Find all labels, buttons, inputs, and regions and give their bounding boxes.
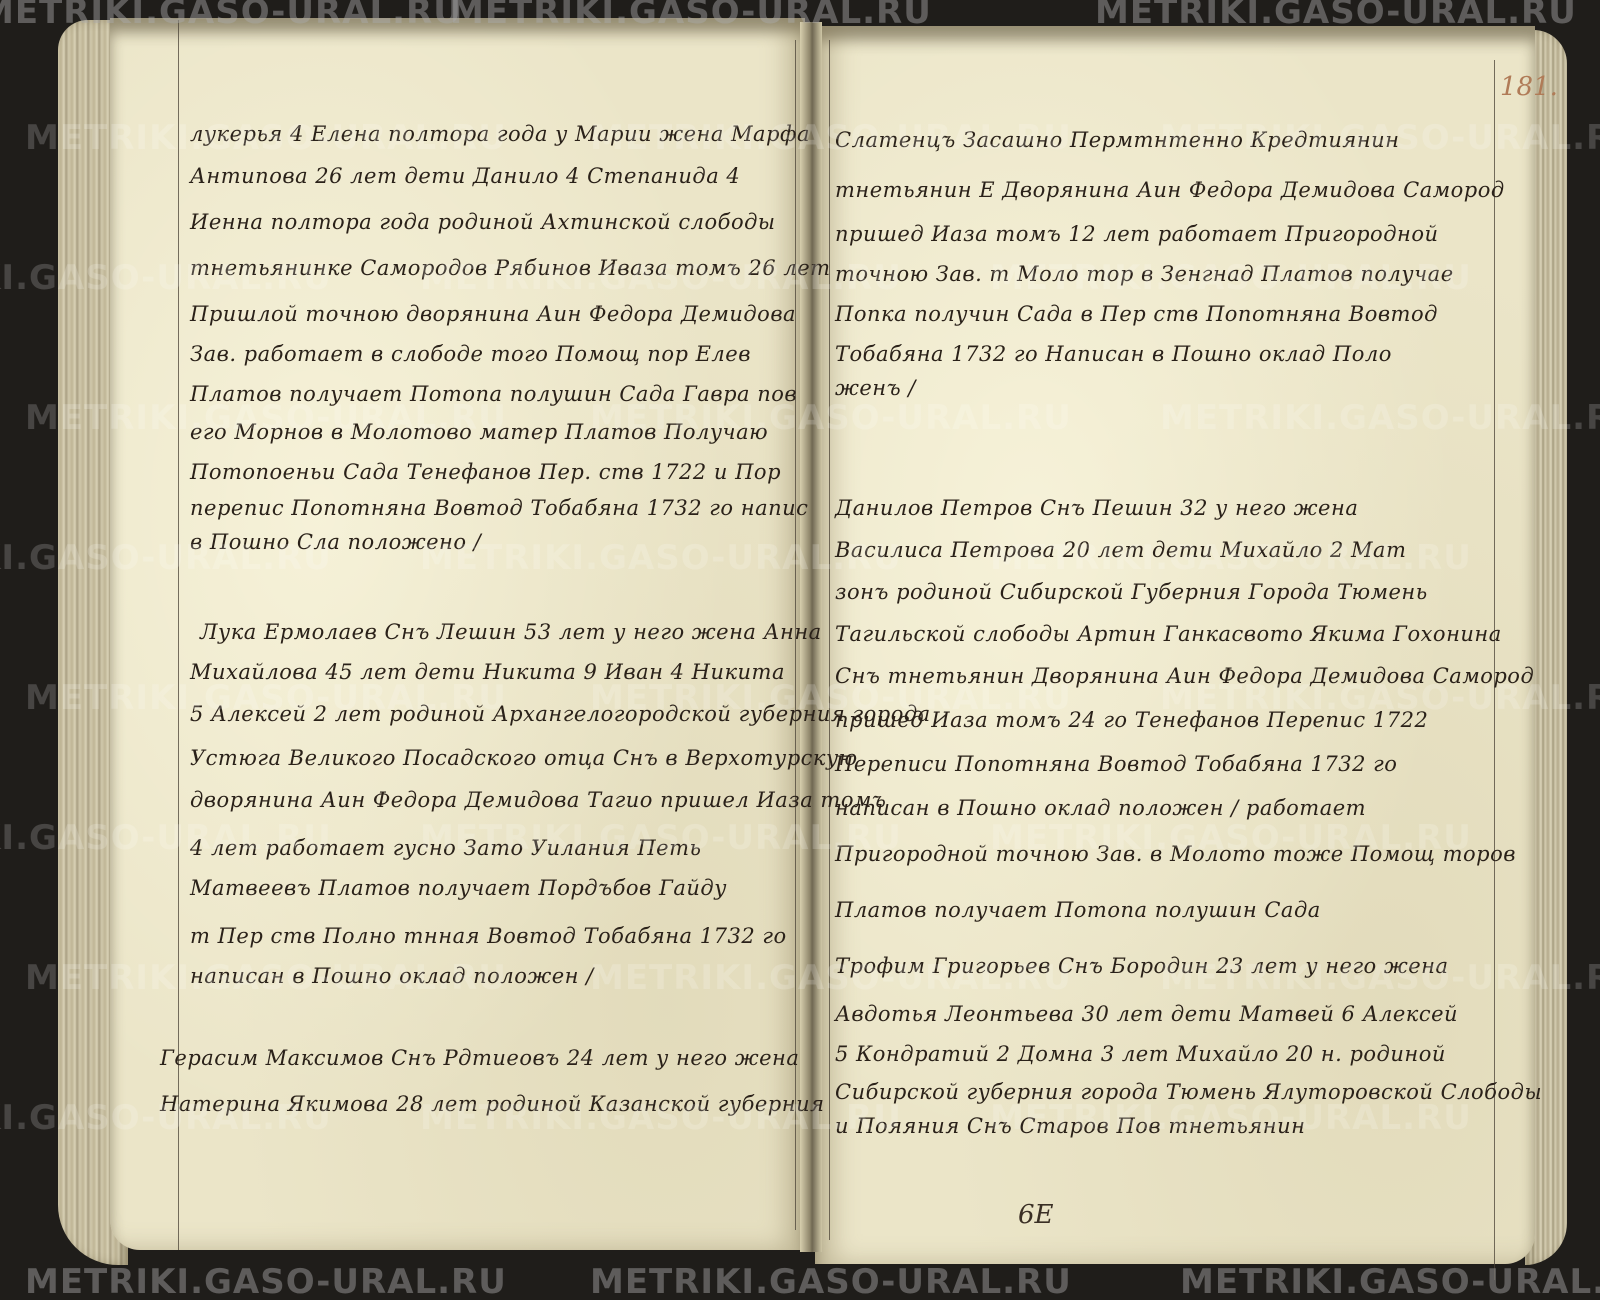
manuscript-line: Платов получает Потопа полушин Сада Гавр… (190, 382, 797, 406)
manuscript-line: его Морнов в Молотово матер Платов Получ… (190, 420, 768, 444)
manuscript-line: в Пошно Сла положено / (190, 530, 481, 554)
manuscript-line: Платов получает Потопа полушин Сада (835, 898, 1321, 922)
manuscript-line: Михайлова 45 лет дети Никита 9 Иван 4 Ни… (190, 660, 785, 684)
manuscript-line: 5 Алексей 2 лет родиной Архангелогородск… (190, 702, 931, 726)
manuscript-line: 5 Кондратий 2 Домна 3 лет Михайло 20 н. … (835, 1042, 1446, 1066)
left-page-text: лукерья 4 Елена полтора года у Марии жен… (190, 0, 800, 1300)
manuscript-line: дворянина Аин Федора Демидова Тагио приш… (190, 788, 886, 812)
manuscript-line: Трофим Григорьев Снъ Бородин 23 лет у не… (835, 954, 1449, 978)
manuscript-line: зонъ родиной Сибирской Губерния Города Т… (835, 580, 1428, 604)
manuscript-line: 4 лет работает гусно Зато Уилания Петь (190, 836, 701, 860)
scanned-book-image: лукерья 4 Елена полтора года у Марии жен… (0, 0, 1600, 1300)
manuscript-line: Слатенцъ Засашно Пермтнтенно Кредтиянин (835, 128, 1400, 152)
manuscript-line: женъ / (835, 376, 916, 400)
manuscript-line: Авдотья Леонтьева 30 лет дети Матвей 6 А… (835, 1002, 1458, 1026)
manuscript-line: тнетьянин Е Дворянина Аин Федора Демидов… (835, 178, 1505, 202)
right-page-text: Слатенцъ Засашно Пермтнтенно Кредтиянин … (835, 0, 1485, 1300)
manuscript-line: Потопоеньи Сада Тенефанов Пер. ств 1722 … (190, 460, 781, 484)
manuscript-line: Василиса Петрова 20 лет дети Михайло 2 М… (835, 538, 1406, 562)
manuscript-line: перепис Попотняна Вовтод Тобабяна 1732 г… (190, 496, 808, 520)
manuscript-line: Лука Ермолаев Снъ Лешин 53 лет у него же… (200, 620, 822, 644)
manuscript-line: Снъ тнетьянин Дворянина Аин Федора Демид… (835, 664, 1534, 688)
manuscript-line: Иенна полтора года родиной Ахтинской сло… (190, 210, 776, 234)
manuscript-line: пришед Иаза томъ 12 лет работает Пригоро… (835, 222, 1439, 246)
manuscript-line: Переписи Попотняна Вовтод Тобабяна 1732 … (835, 752, 1397, 776)
manuscript-line: тнетьянинке Самородов Рябинов Иваза томъ… (190, 256, 831, 280)
manuscript-line: Пришлой точною дворянина Аин Федора Деми… (190, 302, 796, 326)
manuscript-line: Данилов Петров Снъ Пешин 32 у него жена (835, 496, 1358, 520)
manuscript-line: и Пояяния Снъ Старов Пов тнетьянин (835, 1114, 1305, 1138)
manuscript-line: Натерина Якимова 28 лет родиной Казанско… (160, 1092, 825, 1116)
manuscript-line: Попка получин Сада в Пер ств Попотняна В… (835, 302, 1438, 326)
folio-number: 181. (1500, 72, 1558, 102)
manuscript-line: лукерья 4 Елена полтора года у Марии жен… (190, 122, 810, 146)
manuscript-line: Герасим Максимов Снъ Рдтиеовъ 24 лет у н… (160, 1046, 799, 1070)
manuscript-line: Устюга Великого Посадского отца Снъ в Ве… (190, 746, 858, 770)
manuscript-line: Тобабяна 1732 го Написан в Пошно оклад П… (835, 342, 1392, 366)
manuscript-line: Пригородной точною Зав. в Молото тоже По… (835, 842, 1516, 866)
manuscript-line: пришед Иаза томъ 24 го Тенефанов Перепис… (835, 708, 1428, 732)
signature-mark: 6Е (1018, 1200, 1054, 1230)
manuscript-line: Матвеевъ Платов получает Пордъбов Гайду (190, 876, 727, 900)
manuscript-line: Сибирской губерния города Тюмень Ялуторо… (835, 1080, 1542, 1104)
manuscript-line: написан в Пошно оклад положен / работает (835, 796, 1366, 820)
manuscript-line: точною Зав. т Моло тор в Зенгнад Платов … (835, 262, 1454, 286)
manuscript-line: написан в Пошно оклад положен / (190, 964, 594, 988)
manuscript-line: Зав. работает в слободе того Помощ пор Е… (190, 342, 751, 366)
manuscript-line: Тагильской слободы Артин Ганкасвото Яким… (835, 622, 1502, 646)
manuscript-line: Антипова 26 лет дети Данило 4 Степанида … (190, 164, 740, 188)
right-page-inner-rule (829, 40, 830, 1240)
manuscript-line: т Пер ств Полно тнная Вовтод Тобабяна 17… (190, 924, 787, 948)
